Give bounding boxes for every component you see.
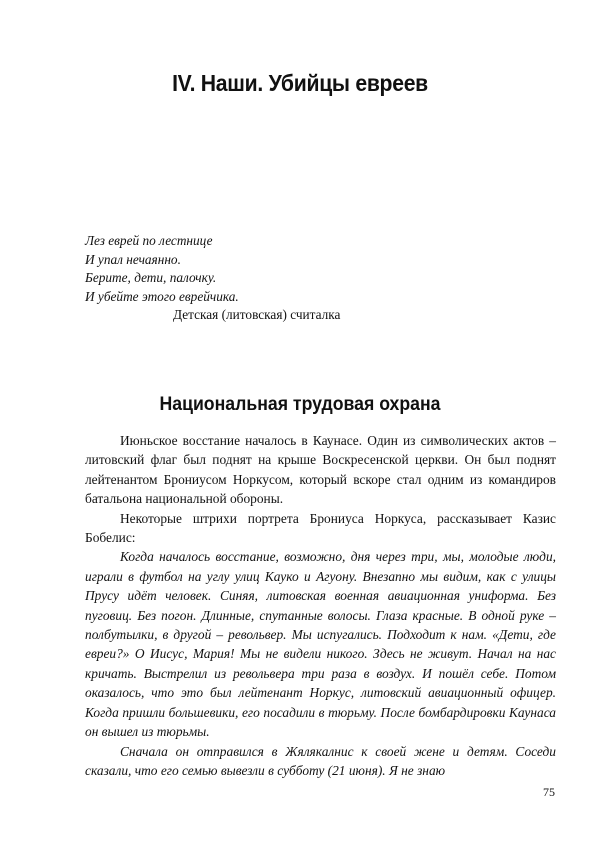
epigraph: Лез еврей по лестнице И упал нечаянно. Б… xyxy=(85,232,505,325)
body-text: Июньское восстание началось в Каунасе. О… xyxy=(85,431,556,780)
quote-paragraph: Сначала он отправился в Жялякалнис к сво… xyxy=(85,742,556,781)
section-title: Национальная трудовая охрана xyxy=(21,394,579,416)
chapter-title: IV. Наши. Убийцы евреев xyxy=(24,70,576,97)
document-page: IV. Наши. Убийцы евреев Лез еврей по лес… xyxy=(0,0,600,849)
epigraph-verse: Берите, дети, палочку. xyxy=(85,269,505,288)
paragraph: Июньское восстание началось в Каунасе. О… xyxy=(85,431,556,509)
paragraph: Некоторые штрихи портрета Брониуса Норку… xyxy=(85,509,556,548)
page-number: 75 xyxy=(543,785,555,800)
epigraph-verse: И упал нечаянно. xyxy=(85,251,505,270)
quote-paragraph: Когда началось восстание, возможно, дня … xyxy=(85,547,556,741)
epigraph-verse: Лез еврей по лестнице xyxy=(85,232,505,251)
epigraph-verse: И убейте этого еврейчика. xyxy=(85,288,505,307)
epigraph-source: Детская (литовская) считалка xyxy=(85,306,505,325)
